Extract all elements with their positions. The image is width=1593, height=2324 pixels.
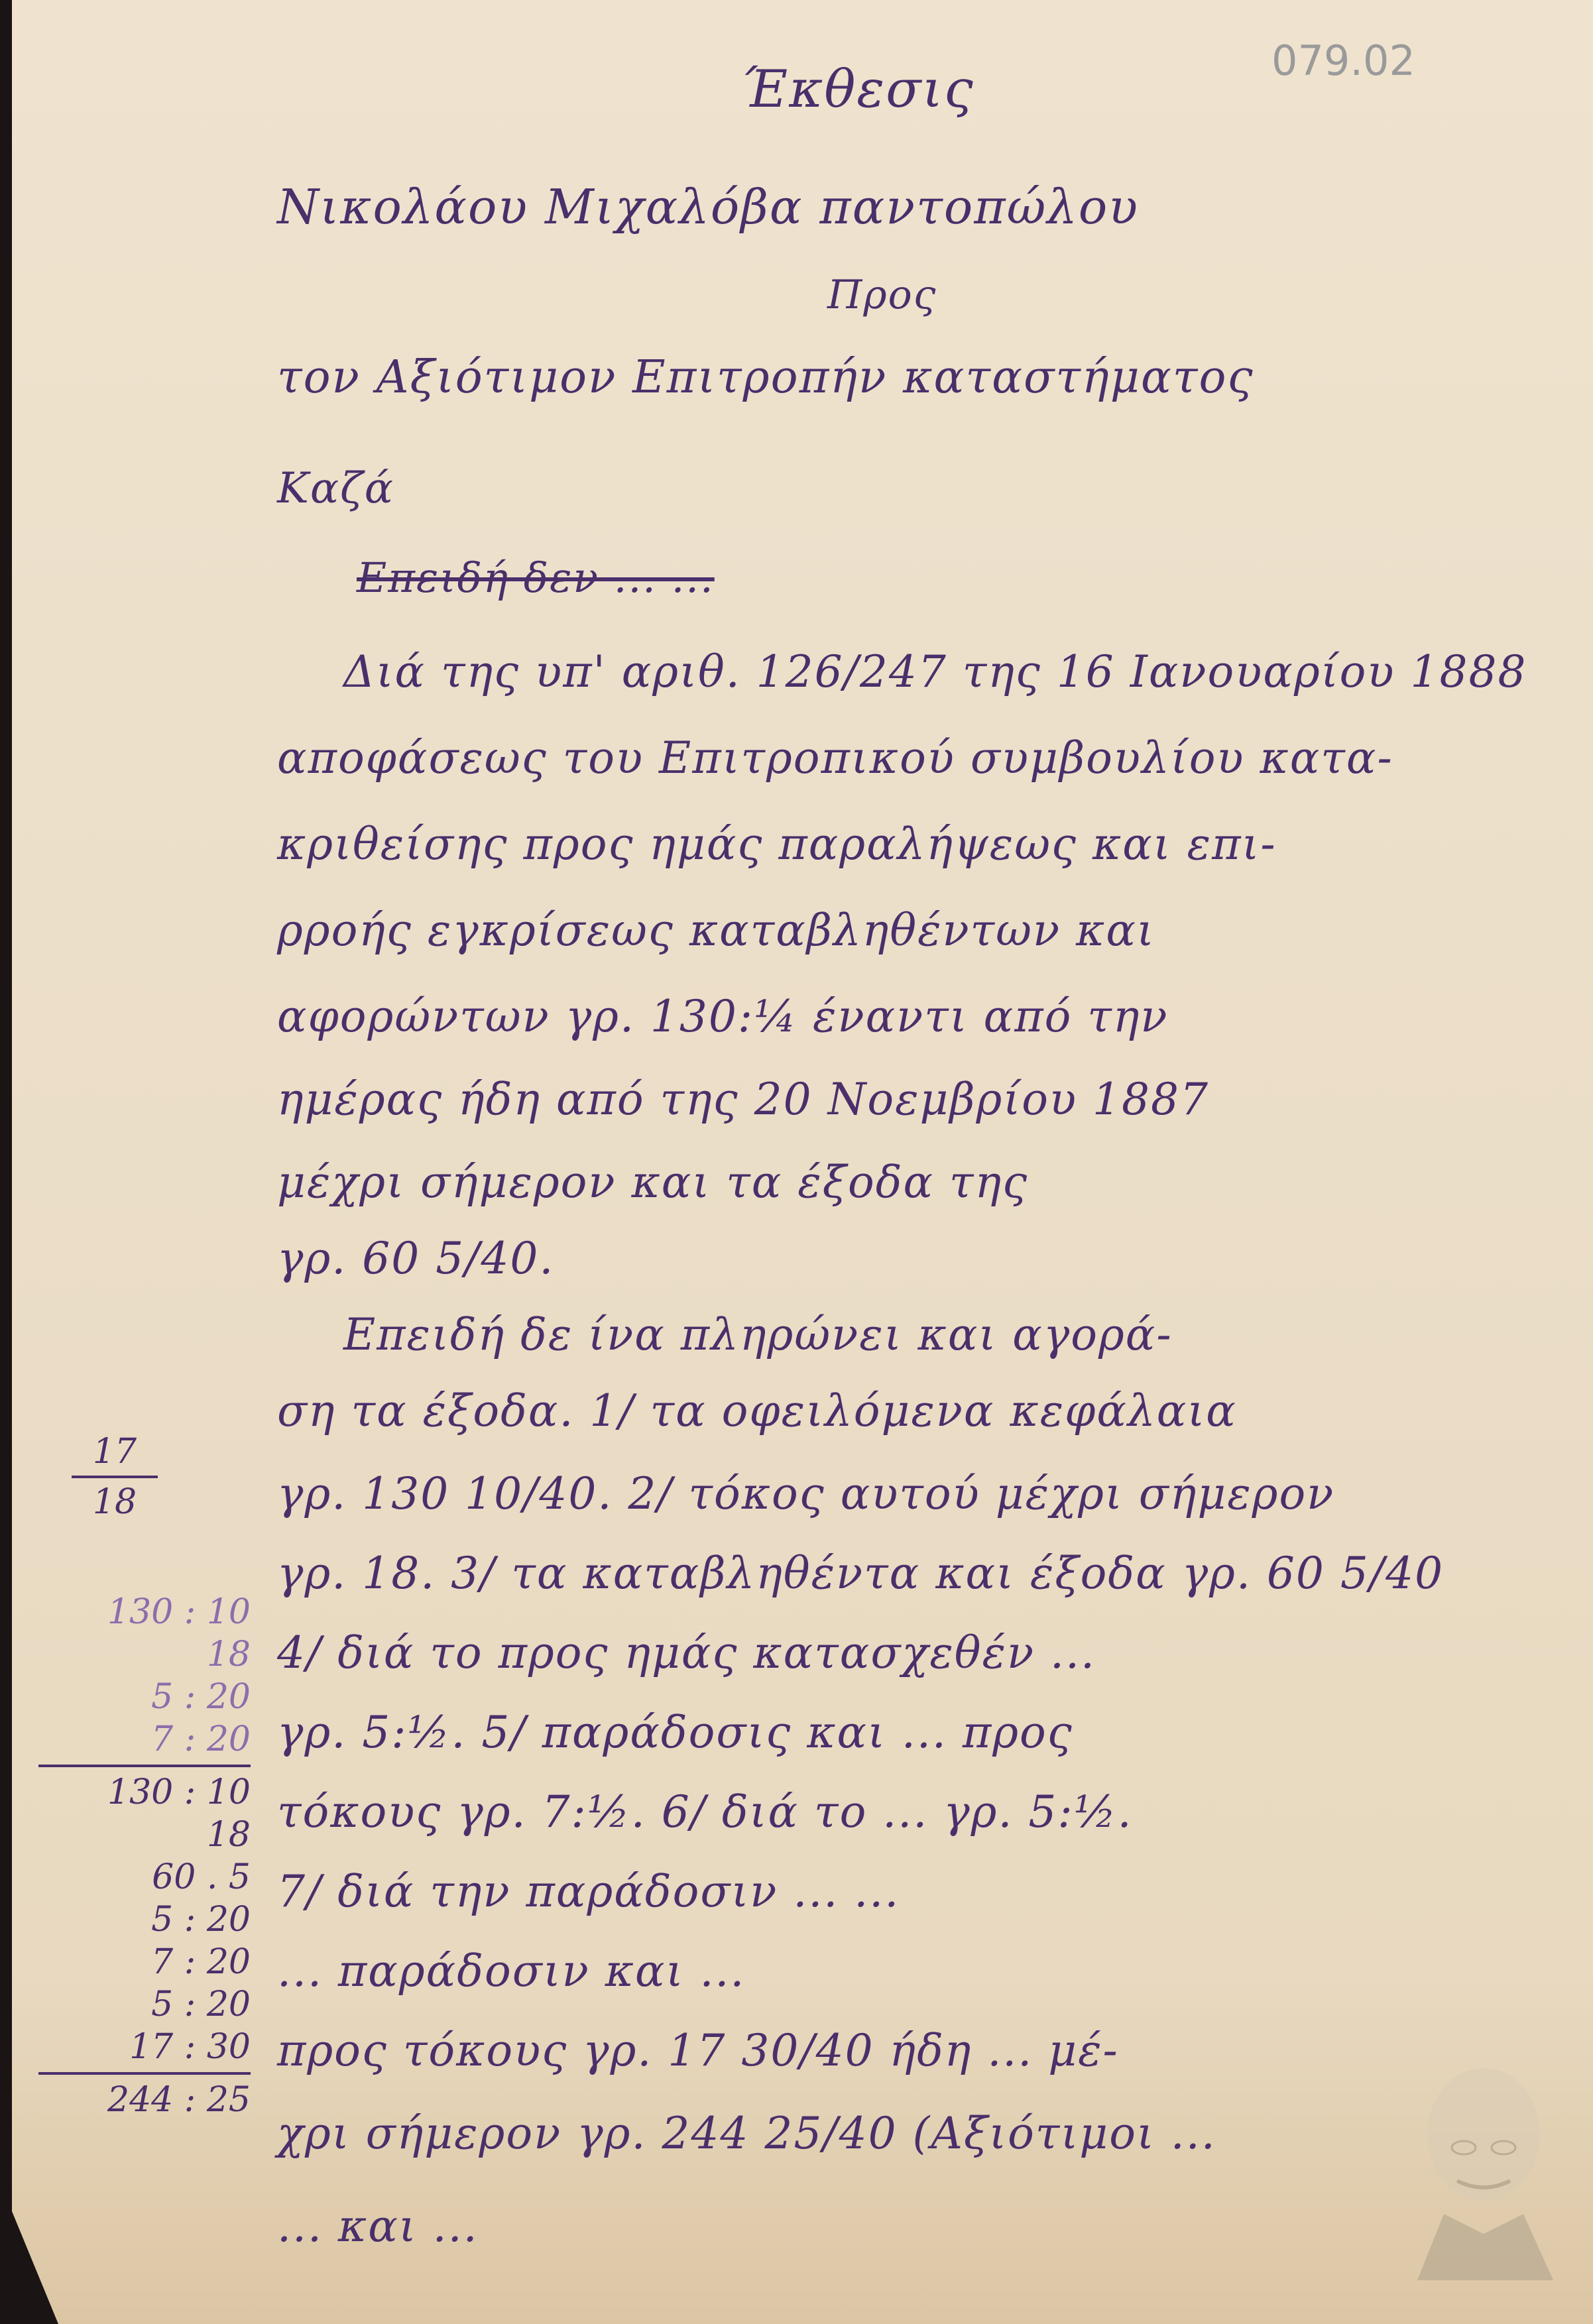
- body-line: 4/ διά το προς ημάς κατασχεθέν ...: [277, 1627, 1096, 1678]
- document-title: Έκθεσις: [741, 60, 974, 119]
- sender-line: Νικολάου Μιχαλόβα παντοπώλου: [277, 179, 1139, 235]
- struck-line: Επειδή δεν ... ...: [357, 553, 715, 602]
- margin-total: 244 : 25: [38, 2079, 251, 2121]
- body-line: ημέρας ήδη από της 20 Νοεμβρίου 1887: [277, 1074, 1209, 1125]
- body-line: ση τα έξοδα. 1/ τα οφειλόμενα κεφάλαια: [277, 1385, 1237, 1436]
- body-line: αφορώντων γρ. 130:¼ έναντι από την: [277, 991, 1169, 1042]
- archive-reference: 079.02: [1271, 36, 1415, 85]
- body-line: μέχρι σήμερον και τα έξοδα της: [277, 1157, 1028, 1208]
- body-line: γρ. 60 5/40.: [277, 1233, 554, 1284]
- torn-corner: [12, 2211, 58, 2324]
- body-line: Διά της υπ' αριθ. 126/247 της 16 Ιανουαρ…: [343, 646, 1527, 697]
- body-line: γρ. 130 10/40. 2/ τόκος αυτού μέχρι σήμε…: [277, 1468, 1334, 1519]
- body-line: προς τόκους γρ. 17 30/40 ήδη ... μέ-: [277, 2025, 1119, 2076]
- body-line: τόκους γρ. 7:½. 6/ διά το ... γρ. 5:½.: [277, 1786, 1133, 1837]
- body-line: αποφάσεως του Επιτροπικού συμβουλίου κατ…: [277, 732, 1393, 784]
- body-line: χρι σήμερον γρ. 244 25/40 (Αξιότιμοι ...: [277, 2108, 1216, 2159]
- body-line: κριθείσης προς ημάς παραλήψεως και επι-: [277, 819, 1277, 870]
- margin-calculation: 130 : 10 18 5 : 20 7 : 20 130 : 10 18 60…: [38, 1591, 251, 2121]
- body-line: γρ. 5:½. 5/ παράδοσις και ... προς: [277, 1707, 1073, 1758]
- pros-label: Προς: [827, 272, 937, 318]
- body-line: ... και ...: [277, 2201, 479, 2252]
- body-line: ρροής εγκρίσεως καταβληθέντων και: [277, 905, 1155, 956]
- document-page: 079.02 Έκθεσις Νικολάου Μιχαλόβα παντοπώ…: [12, 0, 1593, 2324]
- addressee-line-1: τον Αξιότιμον Επιτροπήν καταστήματος: [277, 351, 1254, 404]
- addressee-line-2: Καζά: [277, 464, 394, 513]
- margin-fraction: 17 18: [72, 1432, 158, 1522]
- body-line: Επειδή δε ίνα πληρώνει και αγορά-: [343, 1309, 1173, 1360]
- body-line: 7/ διά την παράδοσιν ... ...: [277, 1866, 900, 1917]
- portrait-watermark-icon: [1404, 2062, 1563, 2280]
- body-line: ... παράδοσιν και ...: [277, 1946, 745, 1997]
- body-line: γρ. 18. 3/ τα καταβληθέντα και έξοδα γρ.…: [277, 1548, 1444, 1599]
